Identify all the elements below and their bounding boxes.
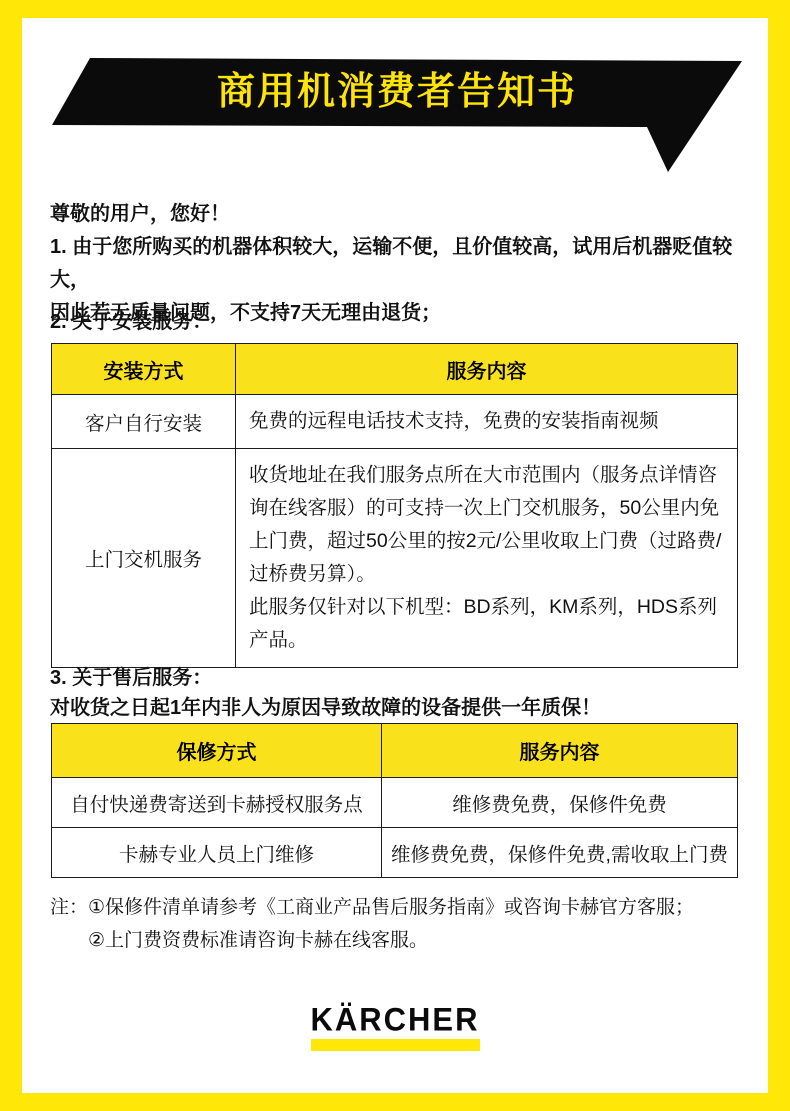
- footnotes: 注： ①保修件清单请参考《工商业产品售后服务指南》或咨询卡赫官方客服； ②上门费…: [50, 891, 694, 957]
- aftersales-header-content: 服务内容: [382, 724, 738, 778]
- footnote-lines: ①保修件清单请参考《工商业产品售后服务指南》或咨询卡赫官方客服； ②上门费资费标…: [88, 891, 694, 957]
- footnote-line-2: ②上门费资费标准请咨询卡赫在线客服。: [88, 924, 694, 957]
- table-row: 自付快递费寄送到卡赫授权服务点 维修费免费，保修件免费: [52, 778, 738, 828]
- table-cell-method: 客户自行安装: [52, 395, 236, 449]
- karcher-logo-yellow-bar: [311, 1039, 480, 1051]
- notice-page: 商用机消费者告知书 尊敬的用户，您好！ 1. 由于您所购买的机器体积较大，运输不…: [0, 0, 790, 1111]
- aftersales-table-header-row: 保修方式 服务内容: [52, 724, 738, 778]
- table-row: 客户自行安装 免费的远程电话技术支持，免费的安装指南视频: [52, 395, 738, 449]
- table-cell-method: 自付快递费寄送到卡赫授权服务点: [52, 778, 382, 828]
- table-cell-content: 收货地址在我们服务点所在大市范围内（服务点详情咨询在线客服）的可支持一次上门交机…: [236, 449, 738, 668]
- footnote-line-1: ①保修件清单请参考《工商业产品售后服务指南》或咨询卡赫官方客服；: [88, 891, 694, 924]
- aftersales-section-heading: 3. 关于售后服务：: [50, 662, 212, 695]
- karcher-logo-text: KÄRCHER: [311, 1003, 480, 1037]
- intro-greeting: 尊敬的用户，您好！: [50, 198, 750, 231]
- table-row: 上门交机服务 收货地址在我们服务点所在大市范围内（服务点详情咨询在线客服）的可支…: [52, 449, 738, 668]
- install-section-heading: 2. 关于安装服务：: [50, 306, 212, 339]
- aftersales-header-method: 保修方式: [52, 724, 382, 778]
- install-table-header-row: 安装方式 服务内容: [52, 344, 738, 395]
- table-cell-method: 卡赫专业人员上门维修: [52, 828, 382, 878]
- brand-logo: KÄRCHER: [22, 1004, 768, 1051]
- aftersales-subtitle: 对收货之日起1年内非人为原因导致故障的设备提供一年质保！: [50, 692, 601, 725]
- table-cell-content: 维修费免费，保修件免费: [382, 778, 738, 828]
- intro-line-1: 1. 由于您所购买的机器体积较大，运输不便，且价值较高，试用后机器贬值较大，: [50, 231, 750, 297]
- aftersales-service-table: 保修方式 服务内容 自付快递费寄送到卡赫授权服务点 维修费免费，保修件免费 卡赫…: [51, 723, 738, 878]
- install-header-content: 服务内容: [236, 344, 738, 395]
- table-cell-content: 维修费免费，保修件免费,需收取上门费: [382, 828, 738, 878]
- install-service-table: 安装方式 服务内容 客户自行安装 免费的远程电话技术支持，免费的安装指南视频 上…: [51, 343, 738, 668]
- banner-title: 商用机消费者告知书: [52, 71, 742, 113]
- table-cell-method: 上门交机服务: [52, 449, 236, 668]
- karcher-logo: KÄRCHER: [311, 1004, 480, 1051]
- table-cell-content: 免费的远程电话技术支持，免费的安装指南视频: [236, 395, 738, 449]
- footnote-prefix: 注：: [50, 891, 88, 957]
- table-row: 卡赫专业人员上门维修 维修费免费，保修件免费,需收取上门费: [52, 828, 738, 878]
- install-header-method: 安装方式: [52, 344, 236, 395]
